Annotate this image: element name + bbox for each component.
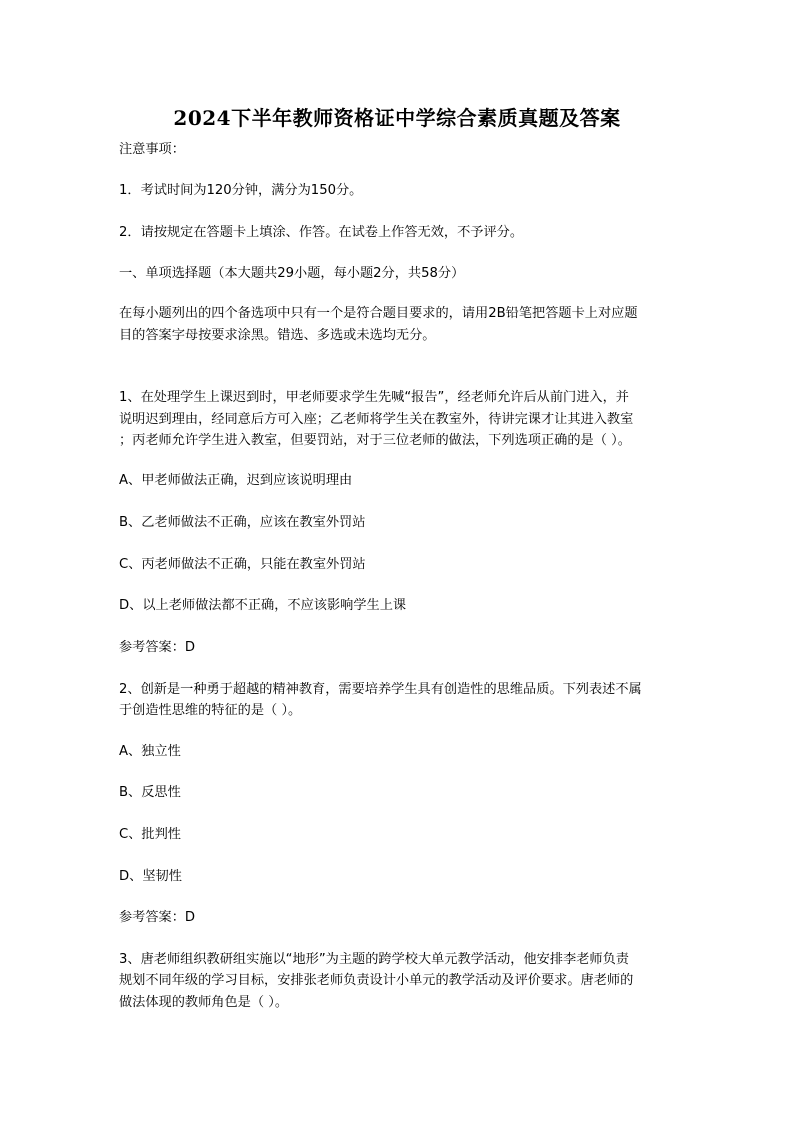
question-stem-line: 做法体现的教师角色是（ ）。 bbox=[119, 992, 675, 1014]
answer-key: 参考答案：D bbox=[119, 907, 675, 929]
option-a: A、独立性 bbox=[119, 741, 675, 763]
question-stem-line: 1、在处理学生上课迟到时，甲老师要求学生先喊“报告”，经老师允许后从前门进入，并 bbox=[119, 387, 675, 409]
option-d: D、坚韧性 bbox=[119, 866, 675, 888]
answer-key: 参考答案：D bbox=[119, 637, 675, 659]
question-stem-line: 规划不同年级的学习目标，安排张老师负责设计小单元的教学活动及评价要求。唐老师的 bbox=[119, 970, 675, 992]
question-stem-line: 3、唐老师组织教研组实施以“地形”为主题的跨学校大单元教学活动，他安排李老师负责 bbox=[119, 949, 675, 971]
question-stem-line: 2、创新是一种勇于超越的精神教育，需要培养学生具有创造性的思维品质。下列表述不属 bbox=[119, 679, 675, 701]
section-instructions-line-2: 目的答案字母按要求涂黑。错选、多选或未选均无分。 bbox=[119, 325, 675, 347]
document-title: 2024下半年教师资格证中学综合素质真题及答案 bbox=[0, 104, 794, 132]
question-stem-line: 于创造性思维的特征的是（ ）。 bbox=[119, 700, 675, 722]
notice-item-1: 1．考试时间为120分钟，满分为150分。 bbox=[119, 180, 675, 202]
question-stem-line: 说明迟到理由，经同意后方可入座；乙老师将学生关在教室外，待讲完课才让其进入教室 bbox=[119, 409, 675, 431]
section-heading: 一、单项选择题（本大题共29小题，每小题2分，共58分） bbox=[119, 263, 675, 285]
notice-heading: 注意事项： bbox=[119, 139, 675, 161]
option-c: C、丙老师做法不正确，只能在教室外罚站 bbox=[119, 554, 675, 576]
document-page: 2024下半年教师资格证中学综合素质真题及答案 注意事项： 1．考试时间为120… bbox=[0, 0, 794, 1123]
option-c: C、批判性 bbox=[119, 824, 675, 846]
option-b: B、反思性 bbox=[119, 782, 675, 804]
option-a: A、甲老师做法正确，迟到应该说明理由 bbox=[119, 470, 675, 492]
option-b: B、乙老师做法不正确，应该在教室外罚站 bbox=[119, 512, 675, 534]
section-instructions-line-1: 在每小题列出的四个备选项中只有一个是符合题目要求的，请用2B铅笔把答题卡上对应题 bbox=[119, 303, 675, 325]
question-stem-line: ；丙老师允许学生进入教室，但要罚站，对于三位老师的做法，下列选项正确的是（ ）。 bbox=[119, 430, 675, 452]
option-d: D、以上老师做法都不正确，不应该影响学生上课 bbox=[119, 595, 675, 617]
notice-item-2: 2．请按规定在答题卡上填涂、作答。在试卷上作答无效，不予评分。 bbox=[119, 222, 675, 244]
